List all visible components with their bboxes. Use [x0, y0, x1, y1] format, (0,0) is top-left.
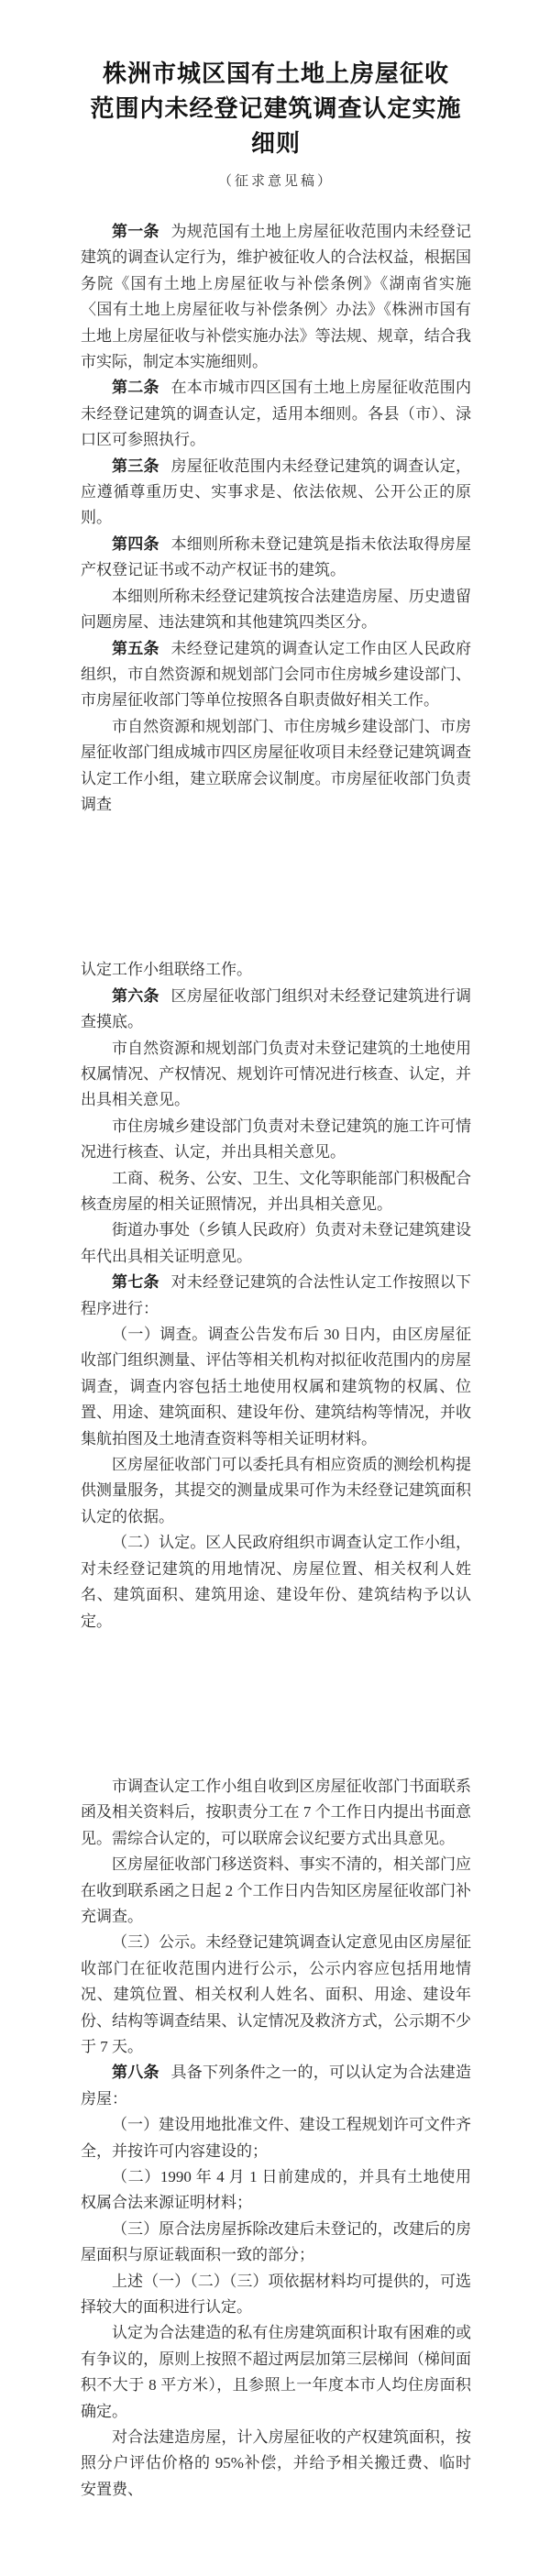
body-paragraph: （二）1990 年 4 月 1 日前建成的，并具有土地使用权属合法来源证明材料；	[81, 2164, 471, 2217]
article-number: 第三条	[112, 457, 159, 475]
body-paragraph: 认定为合法建造的私有住房建筑面积计取有困难的或有争议的，原则上按照不超过两层加第…	[81, 2320, 471, 2425]
article-paragraph: 第四条本细则所称未登记建筑是指未依法取得房屋产权登记证书或不动产权证书的建筑。	[81, 532, 471, 584]
article-paragraph: 第一条为规范国有土地上房屋征收范围内未经登记建筑的调查认定行为，维护被征收人的合…	[81, 219, 471, 375]
body-paragraph: （二）认定。区人民政府组织市调查认定工作小组，对未经登记建筑的用地情况、房屋位置…	[81, 1530, 471, 1635]
body-paragraph: 市自然资源和规划部门负责对未登记建筑的土地使用权属情况、产权情况、规划许可情况进…	[81, 1036, 471, 1114]
body-paragraph: （一）建设用地批准文件、建设工程规划许可文件齐全，并按许可内容建设的；	[81, 2112, 471, 2164]
body-paragraph: 区房屋征收部门可以委托具有相应资质的测绘机构提供测量服务，其提交的测量成果可作为…	[81, 1452, 471, 1530]
body-paragraph: 区房屋征收部门移送资料、事实不清的，相关部门应在收到联系函之日起 2 个工作日内…	[81, 1852, 471, 1930]
article-paragraph: 第七条对未经登记建筑的合法性认定工作按照以下程序进行：	[81, 1270, 471, 1322]
body-paragraph: 市调查认定工作小组自收到区房屋征收部门书面联系函及相关资料后，按职责分工在 7 …	[81, 1774, 471, 1852]
document-body: 第一条为规范国有土地上房屋征收范围内未经登记建筑的调查认定行为，维护被征收人的合…	[81, 219, 471, 2503]
body-paragraph: （一）调查。调查公告发布后 30 日内，由区房屋征收部门组织测量、评估等相关机构…	[81, 1322, 471, 1452]
document-title: 株洲市城区国有土地上房屋征收 范围内未经登记建筑调查认定实施细则	[81, 57, 471, 161]
body-paragraph: 街道办事处（乡镇人民政府）负责对未登记建筑建设年代出具相关证明意见。	[81, 1217, 471, 1270]
body-paragraph: 市自然资源和规划部门、市住房城乡建设部门、市房屋征收部门组成城市四区房屋征收项目…	[81, 714, 471, 819]
body-paragraph: 认定工作小组联络工作。	[81, 957, 471, 983]
article-number: 第二条	[112, 379, 159, 396]
body-paragraph: 对合法建造房屋，计入房屋征收的产权建筑面积，按照分户评估价格的 95%补偿，并给…	[81, 2425, 471, 2503]
article-paragraph: 第六条区房屋征收部门组织对未经登记建筑进行调查摸底。	[81, 984, 471, 1036]
article-number: 第四条	[112, 535, 159, 553]
draft-note: （征求意见稿）	[81, 172, 471, 192]
article-paragraph: 第三条房屋征收范围内未经登记建筑的调查认定，应遵循尊重历史、实事求是、依法依规、…	[81, 454, 471, 532]
body-paragraph: 市住房城乡建设部门负责对未登记建筑的施工许可情况进行核查、认定，并出具相关意见。	[81, 1114, 471, 1166]
title-line-1: 株洲市城区国有土地上房屋征收	[81, 57, 471, 92]
article-paragraph: 第二条在本市城市四区国有土地上房屋征收范围内未经登记建筑的调查认定，适用本细则。…	[81, 375, 471, 453]
page-1: 第一条为规范国有土地上房屋征收范围内未经登记建筑的调查认定行为，维护被征收人的合…	[81, 219, 471, 818]
document: 株洲市城区国有土地上房屋征收 范围内未经登记建筑调查认定实施细则 （征求意见稿）…	[0, 0, 550, 2576]
body-paragraph: 工商、税务、公安、卫生、文化等职能部门积极配合核查房屋的相关证照情况，并出具相关…	[81, 1166, 471, 1218]
article-paragraph: 第八条具备下列条件之一的，可以认定为合法建造房屋：	[81, 2060, 471, 2112]
article-number: 第七条	[112, 1273, 159, 1291]
page-2: 认定工作小组联络工作。第六条区房屋征收部门组织对未经登记建筑进行调查摸底。市自然…	[81, 957, 471, 1635]
page-3: 市调查认定工作小组自收到区房屋征收部门书面联系函及相关资料后，按职责分工在 7 …	[81, 1774, 471, 2503]
article-number: 第六条	[112, 987, 159, 1005]
body-paragraph: （三）原合法房屋拆除改建后未登记的，改建后的房屋面积与原证载面积一致的部分；	[81, 2217, 471, 2269]
body-paragraph: 本细则所称未经登记建筑按合法建造房屋、历史遗留问题房屋、违法建筑和其他建筑四类区…	[81, 584, 471, 636]
article-number: 第五条	[112, 640, 159, 657]
article-number: 第八条	[112, 2064, 159, 2081]
article-paragraph: 第五条未经登记建筑的调查认定工作由区人民政府组织，市自然资源和规划部门会同市住房…	[81, 636, 471, 714]
title-line-2: 范围内未经登记建筑调查认定实施细则	[81, 92, 471, 161]
body-paragraph: 上述（一）（二）（三）项依据材料均可提供的，可选择较大的面积进行认定。	[81, 2269, 471, 2321]
body-paragraph: （三）公示。未经登记建筑调查认定意见由区房屋征收部门在征收范围内进行公示，公示内…	[81, 1930, 471, 2060]
article-number: 第一条	[112, 223, 159, 240]
